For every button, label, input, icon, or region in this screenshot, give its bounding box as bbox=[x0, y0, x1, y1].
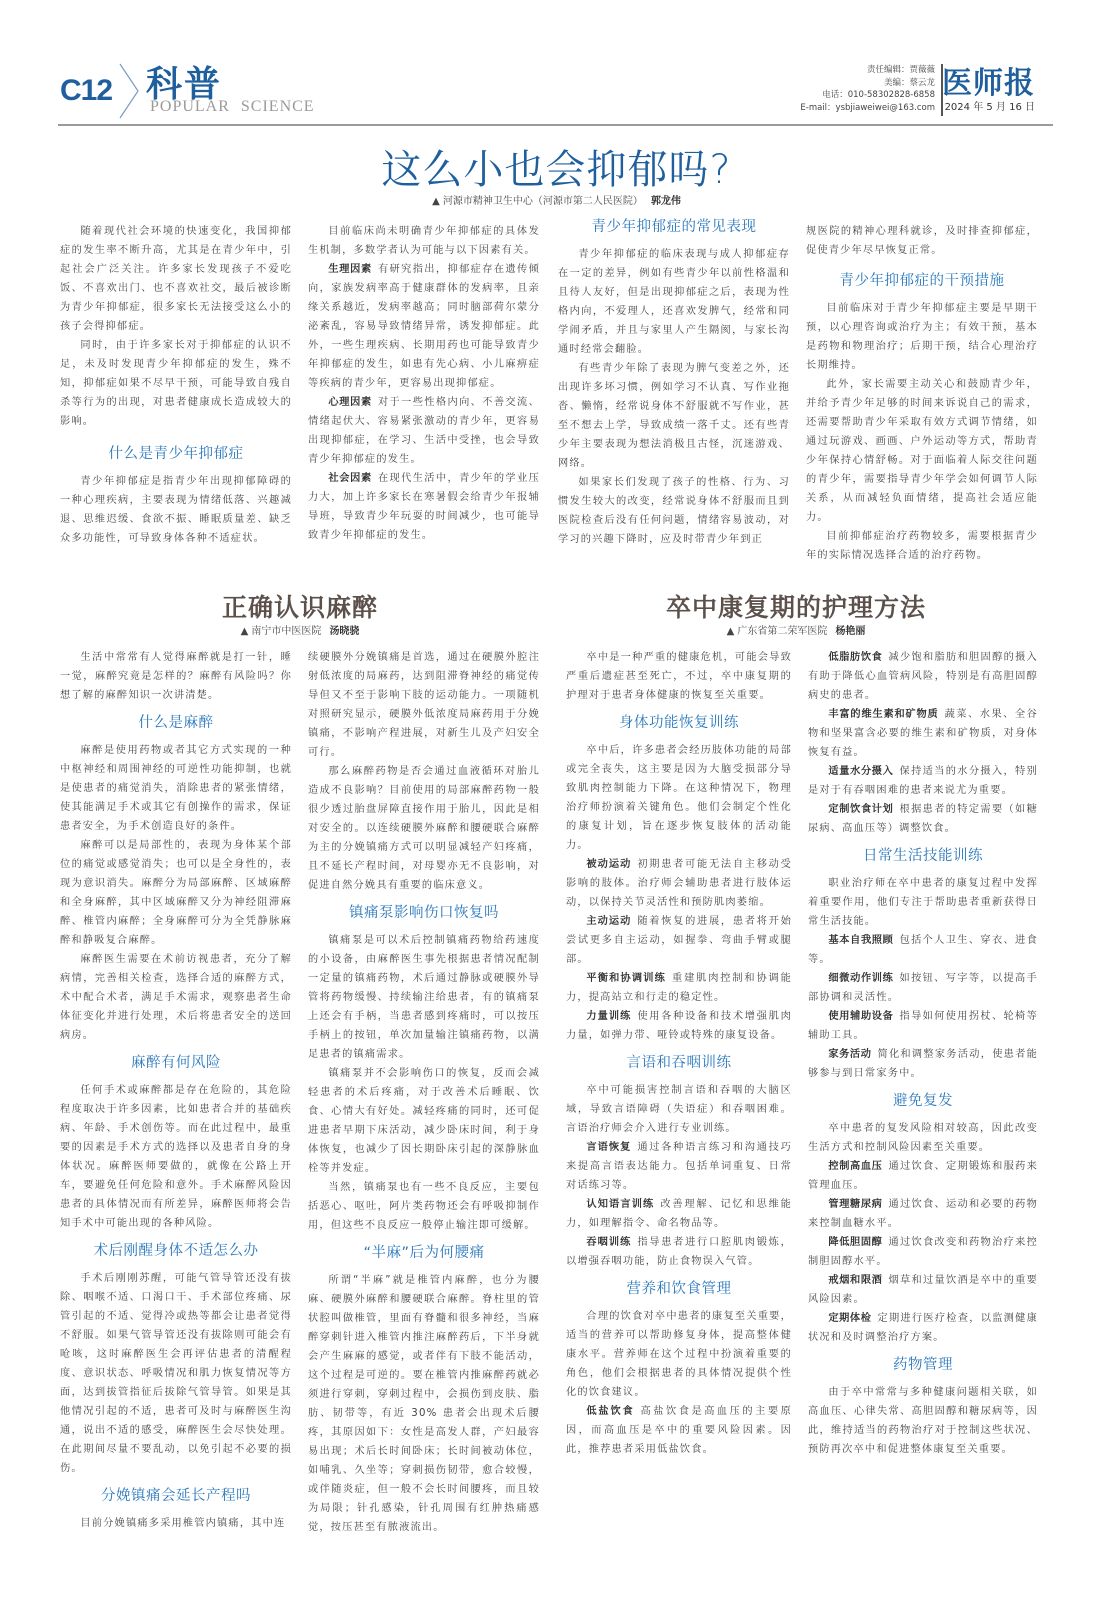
paragraph: 主动运动随着恢复的进展，患者将开始尝试更多自主运动，如握拳、弯曲手臂或腿部。 bbox=[566, 912, 792, 969]
term-label: 定制饮食计划 bbox=[828, 804, 893, 815]
paragraph: 降低胆固醇通过饮食改变和药物治疗来控制胆固醇水平。 bbox=[808, 1233, 1038, 1271]
paragraph: 细微动作训练如按钮、写字等，以提高手部协调和灵活性。 bbox=[808, 969, 1038, 1007]
section-heading: 避免复发 bbox=[808, 1092, 1038, 1111]
paragraph: 规医院的精神心理科就诊，及时排查抑郁症，促使青少年尽早恢复正常。 bbox=[806, 222, 1038, 260]
newspaper-logo: 医师报 bbox=[942, 58, 1035, 102]
paragraph: 合理的饮食对卒中患者的康复至关重要，适当的营养可以帮助修复身体，提高整体健康水平… bbox=[566, 1307, 792, 1402]
paragraph: 当然，镇痛泵也有一些不良反应，主要包括恶心、呕吐，阿片类药物还会有呼吸抑制作用，… bbox=[308, 1178, 540, 1235]
term-label: 主动运动 bbox=[586, 916, 631, 927]
section-heading: 身体功能恢复训练 bbox=[566, 714, 792, 733]
editor-credits: 责任编辑：贾薇薇 美编：蔡云龙 电话：010-58302828-6858 E-m… bbox=[800, 64, 935, 114]
paragraph: 卒中后，许多患者会经历肢体功能的局部或完全丧失，这主要是因为大脑受损部分导致肌肉… bbox=[566, 741, 792, 855]
section-heading: 镇痛泵影响伤口恢复吗 bbox=[308, 904, 540, 923]
section-heading: 青少年抑郁症的常见表现 bbox=[558, 218, 790, 237]
section-heading: 日常生活技能训练 bbox=[808, 847, 1038, 866]
term-label: 适量水分摄入 bbox=[828, 766, 893, 777]
term-label: 被动运动 bbox=[586, 859, 631, 870]
section-heading: 什么是青少年抑郁症 bbox=[60, 445, 292, 464]
paragraph: 青少年抑郁症是指青少年出现抑郁障碍的一种心理疾病，主要表现为情绪低落、兴趣减退、… bbox=[60, 472, 292, 548]
paragraph: 手术后刚刚苏醒，可能气管导管还没有拔除、咽喉不适、口渴口干、手术部位疼痛、尿管引… bbox=[60, 1269, 292, 1478]
paragraph: 卒中可能损害控制言语和吞咽的大脑区域，导致言语障碍（失语症）和吞咽困难。言语治疗… bbox=[566, 1081, 792, 1138]
paragraph: 卒中是一种严重的健康危机，可能会导致严重后遗症甚至死亡，不过，卒中康复期的护理对… bbox=[566, 648, 792, 705]
paragraph: 认知语言训练改善理解、记忆和思维能力，如理解指令、命名物品等。 bbox=[566, 1195, 792, 1233]
term-label: 家务活动 bbox=[828, 1049, 871, 1060]
paragraph: 此外，家长需要主动关心和鼓励青少年，并给予青少年足够的时间来诉说自己的需求，还需… bbox=[806, 375, 1038, 527]
paragraph: 卒中患者的复发风险相对较高，因此改变生活方式和控制风险因素至关重要。 bbox=[808, 1119, 1038, 1157]
byline-depression: ▲ 河源市精神卫生中心（河源市第二人民医院）郭龙伟 bbox=[0, 192, 1113, 207]
paragraph: 低脂肪饮食减少饱和脂肪和胆固醇的摄入有助于降低心血管病风险，特别是有高胆固醇病史… bbox=[808, 648, 1038, 705]
paragraph: 适量水分摄入保持适当的水分摄入，特别是对于有吞咽困难的患者来说尤为重要。 bbox=[808, 762, 1038, 800]
byline-org: ▲ 南宁市中医医院 bbox=[241, 626, 322, 637]
byline-org: ▲ 河源市精神卫生中心（河源市第二人民医院） bbox=[432, 196, 643, 207]
paragraph: 戒烟和限酒烟草和过量饮酒是卒中的重要风险因素。 bbox=[808, 1271, 1038, 1309]
paragraph: 目前临床尚未明确青少年抑郁症的具体发生机制，多数学者认为可能与以下因素有关。 bbox=[308, 222, 540, 260]
paragraph: 目前分娩镇痛多采用椎管内镇痛，其中连 bbox=[60, 1514, 292, 1533]
paragraph: 控制高血压通过饮食、定期锻炼和服药来管理血压。 bbox=[808, 1157, 1038, 1195]
paragraph: 力量训练使用各种设备和技术增强肌肉力量，如弹力带、哑铃或特殊的康复设备。 bbox=[566, 1007, 792, 1045]
term-label: 基本自我照顾 bbox=[828, 935, 893, 946]
paragraph: 生活中常常有人觉得麻醉就是打一针，睡一觉，麻醉究竟是怎样的？麻醉有风险吗？你想了… bbox=[60, 648, 292, 705]
paragraph: 社会因素在现代生活中，青少年的学业压力大，加上许多家长在寒暑假会给青少年报辅导班… bbox=[308, 469, 540, 545]
paragraph: 同时，由于许多家长对于抑郁症的认识不足，未及时发现青少年抑郁症的发生，殊不知，抑… bbox=[60, 336, 292, 431]
article3-column-2: 低脂肪饮食减少饱和脂肪和胆固醇的摄入有助于降低心血管病风险，特别是有高胆固醇病史… bbox=[808, 648, 1038, 1459]
byline-org: ▲ 广东省第二荣军医院 bbox=[727, 626, 828, 637]
publication-date: 2024 年 5 月 16 日 bbox=[945, 98, 1035, 113]
paragraph: 定期体检定期进行医疗检查，以监测健康状况和及时调整治疗方案。 bbox=[808, 1309, 1038, 1347]
paragraph: 如果家长们发现了孩子的性格、行为、习惯发生较大的改变，经常说身体不舒服而且到医院… bbox=[558, 473, 790, 549]
section-heading: 言语和吞咽训练 bbox=[566, 1054, 792, 1073]
designer: 美编：蔡云龙 bbox=[800, 77, 935, 90]
paragraph: 那么麻醉药物是否会通过血液循环对胎儿造成不良影响？目前使用的局部麻醉药物一般很少… bbox=[308, 762, 540, 895]
article1-column-2: 目前临床尚未明确青少年抑郁症的具体发生机制，多数学者认为可能与以下因素有关。 生… bbox=[308, 222, 540, 545]
paragraph: 麻醉医生需要在术前访视患者，充分了解病情，完善相关检查，选择合适的麻醉方式，术中… bbox=[60, 950, 292, 1045]
term-label: 认知语言训练 bbox=[586, 1199, 654, 1210]
term-label: 定期体检 bbox=[828, 1313, 871, 1324]
editor: 责任编辑：贾薇薇 bbox=[800, 64, 935, 77]
term-label: 平衡和协调训练 bbox=[586, 973, 666, 984]
paragraph: 所谓“半麻”就是椎管内麻醉，也分为腰麻、硬膜外麻醉和腰硬联合麻醉。脊柱里的管状腔… bbox=[308, 1271, 540, 1537]
section-heading: 分娩镇痛会延长产程吗 bbox=[60, 1487, 292, 1506]
term-label: 吞咽训练 bbox=[586, 1237, 631, 1248]
paragraph: 麻醉可以是局部性的，表现为身体某个部位的痛觉或感觉消失；也可以是全身性的，表现为… bbox=[60, 836, 292, 950]
paragraph: 镇痛泵是可以术后控制镇痛药物给药速度的小设备，由麻醉医生事先根据患者情况配制一定… bbox=[308, 931, 540, 1064]
paragraph: 基本自我照顾包括个人卫生、穿衣、进食等。 bbox=[808, 931, 1038, 969]
paragraph: 生理因素有研究指出，抑郁症存在遗传倾向，家族发病率高于健康群体的发病率，且亲缘关… bbox=[308, 260, 540, 393]
paragraph: 目前临床对于青少年抑郁症主要是早期干预，以心理咨询或治疗为主；有效干预，基本是药… bbox=[806, 299, 1038, 375]
paragraph: 使用辅助设备指导如何使用拐杖、轮椅等辅助工具。 bbox=[808, 1007, 1038, 1045]
byline-anesthesia: ▲ 南宁市中医医院汤晓骁 bbox=[60, 622, 540, 637]
paragraph: 管理糖尿病通过饮食、运动和必要的药物来控制血糖水平。 bbox=[808, 1195, 1038, 1233]
chevron-divider-icon bbox=[118, 62, 142, 120]
term-label: 社会因素 bbox=[328, 473, 372, 484]
paragraph: 职业治疗师在卒中患者的康复过程中发挥着重要作用，他们专注于帮助患者重新获得日常生… bbox=[808, 874, 1038, 931]
term-label: 戒烟和限酒 bbox=[828, 1275, 882, 1286]
paragraph: 丰富的维生素和矿物质蔬菜、水果、全谷物和坚果富含必要的维生素和矿物质，对身体恢复… bbox=[808, 705, 1038, 762]
paragraph: 麻醉是使用药物或者其它方式实现的一种中枢神经和周围神经的可逆性功能抑制，也就是使… bbox=[60, 741, 292, 836]
article1-column-4: 规医院的精神心理科就诊，及时排查抑郁症，促使青少年尽早恢复正常。 青少年抑郁症的… bbox=[806, 222, 1038, 565]
article3-column-1: 卒中是一种严重的健康危机，可能会导致严重后遗症甚至死亡，不过，卒中康复期的护理对… bbox=[566, 648, 792, 1459]
section-heading: “半麻”后为何腰痛 bbox=[308, 1244, 540, 1263]
term-label: 降低胆固醇 bbox=[828, 1237, 882, 1248]
article1-column-1: 随着现代社会环境的快速变化，我国抑郁症的发生率不断升高，尤其是在青少年中，引起社… bbox=[60, 222, 292, 548]
paragraph: 随着现代社会环境的快速变化，我国抑郁症的发生率不断升高，尤其是在青少年中，引起社… bbox=[60, 222, 292, 336]
term-label: 心理因素 bbox=[328, 397, 372, 408]
article1-column-3: 青少年抑郁症的常见表现 青少年抑郁症的临床表现与成人抑郁症存在一定的差异，例如有… bbox=[558, 218, 790, 549]
paragraph: 吞咽训练指导患者进行口腔肌肉锻炼，以增强吞咽功能，防止食物误入气管。 bbox=[566, 1233, 792, 1271]
paragraph: 低盐饮食高盐饮食是高血压的主要原因，而高血压是卒中的重要风险因素。因此，推荐患者… bbox=[566, 1402, 792, 1459]
term-label: 控制高血压 bbox=[828, 1161, 882, 1172]
article2-column-2: 续硬膜外分娩镇痛是首选，通过在硬膜外腔注射低浓度的局麻药，达到阻滞脊神经的痛觉传… bbox=[308, 648, 540, 1537]
paragraph: 家务活动简化和调整家务活动，使患者能够参与到日常家务中。 bbox=[808, 1045, 1038, 1083]
article-title-anesthesia: 正确认识麻醉 bbox=[60, 588, 540, 624]
section-heading: 什么是麻醉 bbox=[60, 714, 292, 733]
term-label: 低脂肪饮食 bbox=[828, 652, 882, 663]
paragraph: 镇痛泵并不会影响伤口的恢复，反而会减轻患者的术后疼痛，对于改善术后睡眠、饮食、心… bbox=[308, 1064, 540, 1178]
section-heading: 营养和饮食管理 bbox=[566, 1280, 792, 1299]
section-heading: 青少年抑郁症的干预措施 bbox=[806, 272, 1038, 291]
term-label: 丰富的维生素和矿物质 bbox=[828, 709, 938, 720]
paragraph: 定制饮食计划根据患者的特定需要（如糖尿病、高血压等）调整饮食。 bbox=[808, 800, 1038, 838]
byline-author: 郭龙伟 bbox=[651, 196, 681, 207]
section-heading: 药物管理 bbox=[808, 1356, 1038, 1375]
article-title-stroke: 卒中康复期的护理方法 bbox=[556, 588, 1036, 624]
term-label: 管理糖尿病 bbox=[828, 1199, 882, 1210]
section-heading: 术后刚醒身体不适怎么办 bbox=[60, 1242, 292, 1261]
paragraph: 续硬膜外分娩镇痛是首选，通过在硬膜外腔注射低浓度的局麻药，达到阻滞脊神经的痛觉传… bbox=[308, 648, 540, 762]
paragraph: 由于卒中常常与多种健康问题相关联，如高血压、心律失常、高胆固醇和糖尿病等，因此，… bbox=[808, 1383, 1038, 1459]
term-label: 细微动作训练 bbox=[828, 973, 893, 984]
byline-stroke: ▲ 广东省第二荣军医院杨艳丽 bbox=[556, 622, 1036, 637]
term-label: 生理因素 bbox=[328, 264, 372, 275]
page-number: C12 bbox=[60, 74, 112, 108]
section-subtitle: POPULAR SCIENCE bbox=[150, 98, 315, 116]
term-label: 使用辅助设备 bbox=[828, 1011, 893, 1022]
phone: 电话：010-58302828-6858 bbox=[800, 89, 935, 102]
paragraph: 言语恢复通过各种语言练习和沟通技巧来提高言语表达能力。包括单词重复、日常对话练习… bbox=[566, 1138, 792, 1195]
article2-column-1: 生活中常常有人觉得麻醉就是打一针，睡一觉，麻醉究竟是怎样的？麻醉有风险吗？你想了… bbox=[60, 648, 292, 1533]
paragraph: 目前抑郁症治疗药物较多，需要根据青少年的实际情况选择合适的治疗药物。 bbox=[806, 527, 1038, 565]
paragraph: 任何手术或麻醉都是存在危险的，其危险程度取决于许多因素，比如患者合并的基础疾病、… bbox=[60, 1081, 292, 1233]
paragraph: 被动运动初期患者可能无法自主移动受影响的肢体。治疗师会辅助患者进行肢体运动，以保… bbox=[566, 855, 792, 912]
article-title-depression: 这么小也会抑郁吗? bbox=[0, 138, 1113, 195]
byline-author: 杨艳丽 bbox=[835, 626, 865, 637]
paragraph: 有些青少年除了表现为脾气变差之外，还出现许多坏习惯，例如学习不认真、写作业拖沓、… bbox=[558, 359, 790, 473]
section-heading: 麻醉有何风险 bbox=[60, 1054, 292, 1073]
paragraph: 平衡和协调训练重建肌肉控制和协调能力，提高站立和行走的稳定性。 bbox=[566, 969, 792, 1007]
term-label: 低盐饮食 bbox=[586, 1406, 634, 1417]
paragraph: 心理因素对于一些性格内向、不善交流、情绪起伏大、容易紧张激动的青少年，更容易出现… bbox=[308, 393, 540, 469]
paragraph: 青少年抑郁症的临床表现与成人抑郁症存在一定的差异，例如有些青少年以前性格温和且待… bbox=[558, 245, 790, 359]
byline-author: 汤晓骁 bbox=[329, 626, 359, 637]
masthead: C12 科普 POPULAR SCIENCE 责任编辑：贾薇薇 美编：蔡云龙 电… bbox=[58, 58, 1053, 126]
email: E-mail：ysbjiaweiwei@163.com bbox=[800, 102, 935, 115]
term-label: 力量训练 bbox=[586, 1011, 631, 1022]
term-label: 言语恢复 bbox=[586, 1142, 631, 1153]
